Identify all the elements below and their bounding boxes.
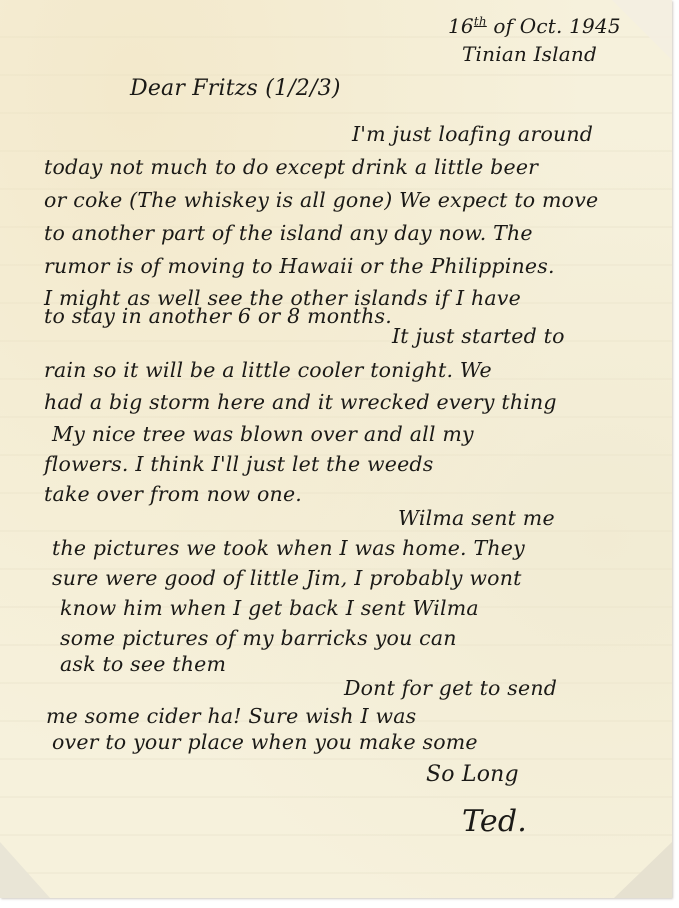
letter-line: or coke (The whiskey is all gone) We exp…: [44, 188, 598, 212]
letter-line: the pictures we took when I was home. Th…: [52, 536, 525, 560]
letter-page: 16th of Oct. 1945 Tinian Island Dear Fri…: [0, 0, 672, 898]
photo-corner-top-right: [612, 0, 672, 60]
photo-corner-bottom-left: [0, 842, 50, 898]
letter-line: sure were good of little Jim, I probably…: [52, 566, 522, 590]
letter-line: over to your place when you make some: [52, 730, 478, 754]
date-rest: of Oct. 1945: [493, 14, 620, 38]
letter-line: some pictures of my barricks you can: [60, 626, 457, 650]
letter-line: take over from now one.: [44, 482, 302, 506]
letter-line: ask to see them: [60, 652, 226, 676]
closing: So Long: [426, 762, 519, 787]
letter-line: to another part of the island any day no…: [44, 221, 533, 245]
date-line: 16th of Oct. 1945: [448, 14, 621, 38]
letter-line: It just started to: [392, 324, 565, 348]
letter-line: flowers. I think I'll just let the weeds: [44, 452, 433, 476]
letter-line: today not much to do except drink a litt…: [44, 155, 538, 179]
letter-line: Wilma sent me: [398, 506, 555, 530]
date-day: 16: [448, 14, 474, 38]
date-ordinal: th: [474, 14, 487, 28]
letter-line: I'm just loafing around: [352, 122, 593, 146]
letter-line: had a big storm here and it wrecked ever…: [44, 390, 557, 414]
letter-line: Dont for get to send: [344, 676, 557, 700]
place-line: Tinian Island: [462, 42, 597, 66]
letter-line: know him when I get back I sent Wilma: [60, 596, 479, 620]
letter-line: rumor is of moving to Hawaii or the Phil…: [44, 254, 555, 278]
letter-line: My nice tree was blown over and all my: [52, 422, 474, 446]
letter-line: rain so it will be a little cooler tonig…: [44, 358, 492, 382]
letter-line: to stay in another 6 or 8 months.: [44, 304, 392, 328]
salutation: Dear Fritzs (1/2/3): [130, 76, 341, 101]
letter-line: me some cider ha! Sure wish I was: [46, 704, 416, 728]
photo-corner-bottom-right: [614, 842, 672, 898]
signature: Ted.: [462, 804, 527, 839]
